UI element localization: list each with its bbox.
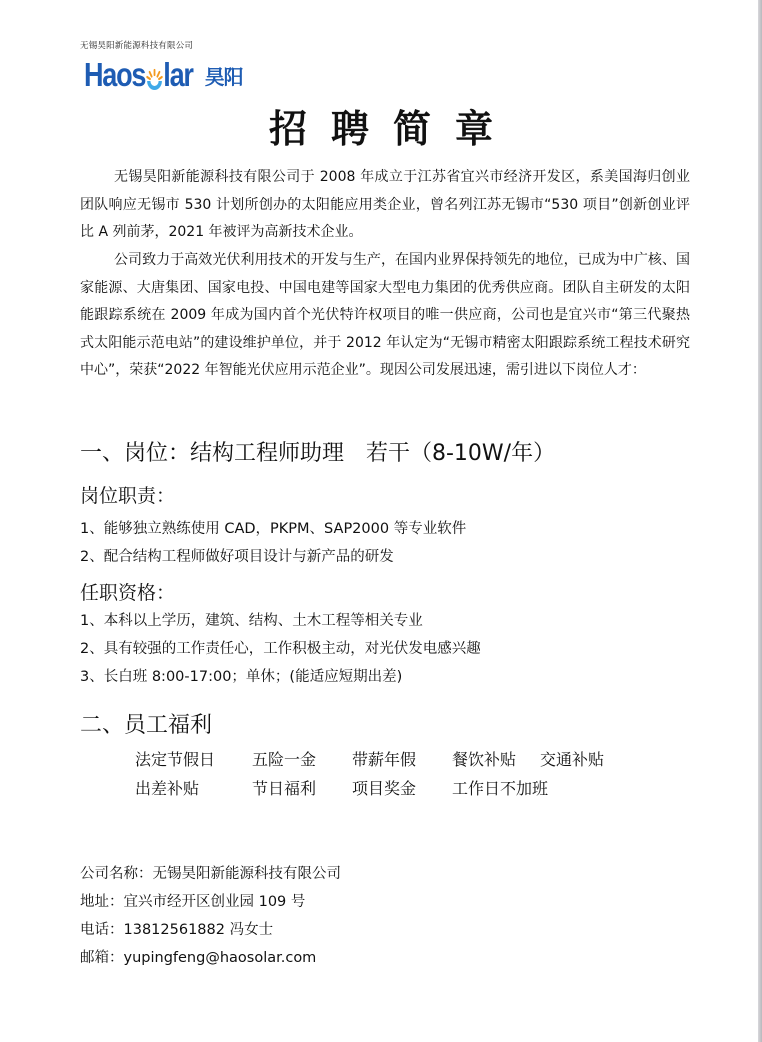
benefit-item: 法定节假日 [135,747,252,770]
duty-item: 2、配合结构工程师做好项目设计与新产品的研发 [80,545,394,566]
position-heading: 一、岗位：结构工程师助理 若干（8-10W/年） [80,436,555,467]
page-edge-shadow [758,0,762,1042]
benefits-row: 出差补贴 节日福利 项目奖金 工作日不加班 [135,773,604,802]
benefit-item: 交通补贴 [540,747,604,770]
logo-text: Haos lar [84,58,193,92]
company-logo: Haos lar 昊阳 [84,58,243,92]
logo-chinese: 昊阳 [205,64,243,90]
benefit-item: 节日福利 [252,776,352,799]
logo-text-left: Haos [84,58,145,92]
requirement-item: 2、具有较强的工作责任心，工作积极主动，对光伏发电感兴趣 [80,637,481,658]
intro-paragraph-1: 无锡昊阳新能源科技有限公司于 2008 年成立于江苏省宜兴市经济开发区，系美国海… [80,164,690,247]
logo-text-right: lar [163,58,192,92]
benefit-item: 带薪年假 [352,747,452,770]
duty-item: 1、能够独立熟练使用 CAD，PKPM、SAP2000 等专业软件 [80,517,466,538]
sun-icon [146,64,162,88]
contact-company: 公司名称：无锡昊阳新能源科技有限公司 [80,862,341,883]
benefit-item: 项目奖金 [352,776,452,799]
page-title: 招聘简章 [0,98,762,153]
benefits-row: 法定节假日 五险一金 带薪年假 餐饮补贴 交通补贴 [135,744,604,773]
benefit-item: 餐饮补贴 [452,747,540,770]
requirements-heading: 任职资格： [80,578,175,605]
benefit-item: 工作日不加班 [452,776,548,799]
header-company-name: 无锡昊阳新能源科技有限公司 [80,39,193,51]
duties-heading: 岗位职责： [80,481,175,508]
requirement-item: 3、长白班 8:00-17:00；单休；(能适应短期出差) [80,665,402,686]
benefit-item: 五险一金 [252,747,352,770]
benefit-item: 出差补贴 [135,776,252,799]
contact-address: 地址：宜兴市经开区创业园 109 号 [80,890,305,911]
contact-phone: 电话：13812561882 冯女士 [80,918,273,939]
benefits-list: 法定节假日 五险一金 带薪年假 餐饮补贴 交通补贴 出差补贴 节日福利 项目奖金… [135,744,604,802]
requirement-item: 1、本科以上学历，建筑、结构、土木工程等相关专业 [80,609,423,630]
contact-email: 邮箱：yupingfeng@haosolar.com [80,946,316,967]
benefits-heading: 二、员工福利 [80,708,212,739]
intro-paragraph-2: 公司致力于高效光伏利用技术的开发与生产，在国内业界保持领先的地位，已成为中广核、… [80,247,690,385]
